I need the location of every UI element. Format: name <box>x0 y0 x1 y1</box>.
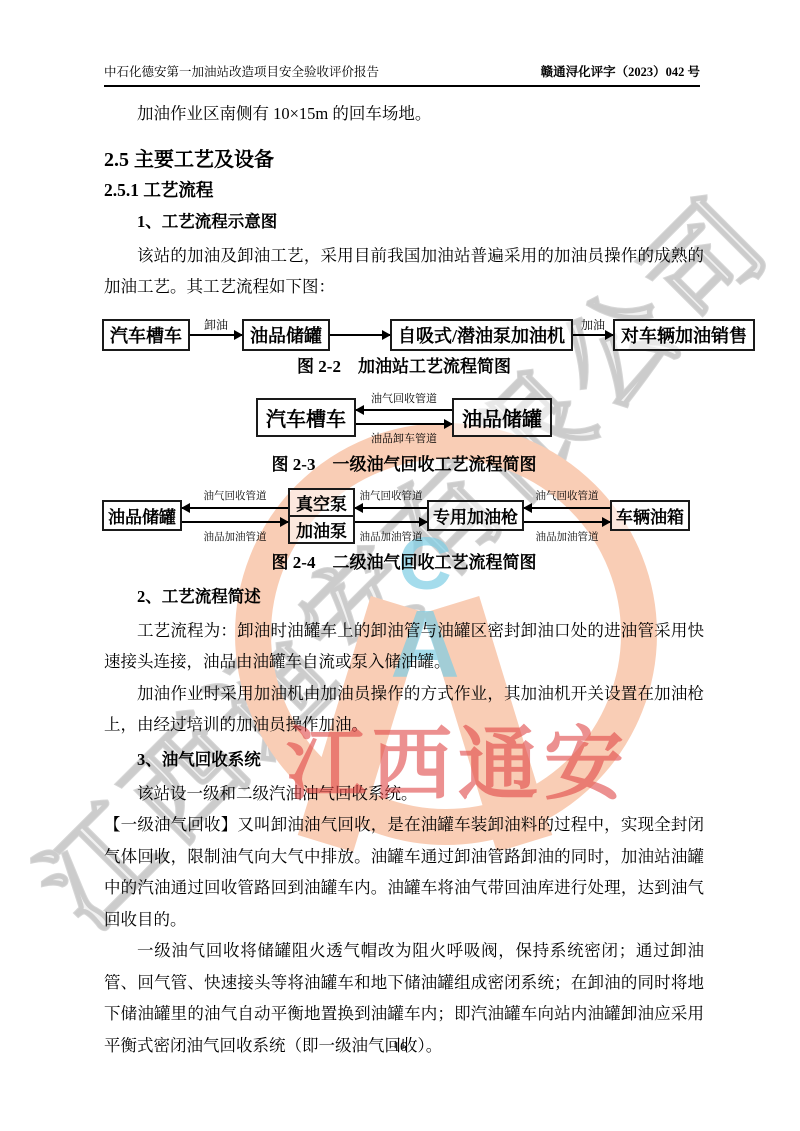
pipe-label-fueling: 油品加油管道 <box>204 529 267 544</box>
flow-box-oil-storage-tank: 油品储罐 <box>242 319 330 351</box>
flow-box-tank-truck: 汽车槽车 <box>102 319 190 351</box>
pipe-label-vapor-recovery: 油气回收管道 <box>371 390 437 406</box>
arrow-right-fuel <box>182 521 288 523</box>
paragraph-process-intro: 该站的加油及卸油工艺，采用目前我国加油站普遍采用的加油员操作的成熟的加油工艺。其… <box>104 240 704 303</box>
pipe-label-vapor-recovery: 油气回收管道 <box>536 488 599 503</box>
pipe-label-vapor-recovery: 油气回收管道 <box>360 488 423 503</box>
flow-box-pumps: 真空泵 加油泵 <box>288 488 355 544</box>
arrow-right-fuel <box>355 521 427 523</box>
flow-box-dispenser: 自吸式/潜油泵加油机 <box>390 319 573 351</box>
flow-box-fuel-nozzle: 专用加油枪 <box>427 500 524 531</box>
arrow-label-unload: 卸油 <box>204 316 228 333</box>
arrow-left-vapor <box>356 409 452 411</box>
page-header: 中石化德安第一加油站改造项目安全验收评价报告 赣通浔化评字（2023）042 号 <box>104 62 700 87</box>
paragraph-turnaround-area: 加油作业区南侧有 10×15m 的回车场地。 <box>104 98 704 130</box>
figure-2-4-flow-diagram: 油品储罐 油气回收管道 油品加油管道 真空泵 加油泵 油气回收管道 油品加油管道… <box>102 485 704 547</box>
arrow-left-vapor <box>355 507 427 509</box>
arrow-unload-oil: 卸油 <box>190 334 242 336</box>
pipe-connector-2: 油气回收管道 油品加油管道 <box>355 485 427 547</box>
paragraph-vapor-recovery-1: 该站设一级和二级汽油油气回收系统。 <box>104 778 704 810</box>
paragraph-flow-description-2: 加油作业时采用加油机由加油员操作的方式作业，其加油机开关设置在加油枪上，由经过培… <box>104 678 704 741</box>
arrow-label-refuel: 加油 <box>581 316 605 333</box>
flow-box-oil-storage-tank: 油品储罐 <box>452 398 552 437</box>
header-document-number: 赣通浔化评字（2023）042 号 <box>541 62 700 80</box>
page-number: 16 <box>0 1040 800 1056</box>
heading-item-2-flow-description: 2、工艺流程简述 <box>104 581 704 612</box>
pipe-label-fueling: 油品加油管道 <box>536 529 599 544</box>
figure-2-2-caption: 图 2-2 加油站工艺流程简图 <box>104 355 704 379</box>
flow-box-vacuum-pump: 真空泵 <box>290 490 353 517</box>
pipe-connector-1: 油气回收管道 油品加油管道 <box>182 485 288 547</box>
flow-box-tank-truck: 汽车槽车 <box>256 398 356 437</box>
arrow-right-fuel <box>524 521 610 523</box>
flow-box-vehicle-fuel-tank: 车辆油箱 <box>610 500 690 531</box>
figure-2-3-caption: 图 2-3 一级油气回收工艺流程简图 <box>104 453 704 477</box>
header-report-title: 中石化德安第一加油站改造项目安全验收评价报告 <box>104 62 379 80</box>
heading-2-5-1: 2.5.1 工艺流程 <box>104 177 704 202</box>
pipe-connector: 油气回收管道 油品卸车管道 <box>356 387 452 449</box>
arrow-right-unload <box>356 423 452 425</box>
document-page: 江西通安有限公司 C A 江西通安 中石化德安第一加油站改造项目安全验收评价报告… <box>0 0 800 1131</box>
paragraph-flow-description-1: 工艺流程为：卸油时油罐车上的卸油管与油罐区密封卸油口处的进油管采用快速接头连接，… <box>104 615 704 678</box>
figure-2-3-flow-diagram: 汽车槽车 油气回收管道 油品卸车管道 油品储罐 <box>104 387 704 449</box>
pipe-label-vapor-recovery: 油气回收管道 <box>204 488 267 503</box>
arrow-plain <box>330 334 390 336</box>
flow-box-oil-storage-tank: 油品储罐 <box>102 500 182 531</box>
paragraph-vapor-recovery-2: 【一级油气回收】又叫卸油油气回收，是在油罐车装卸油料的过程中，实现全封闭气体回收… <box>104 809 704 935</box>
page-content: 加油作业区南侧有 10×15m 的回车场地。 2.5 主要工艺及设备 2.5.1… <box>104 98 704 1061</box>
figure-2-2-flow-diagram: 汽车槽车 卸油 油品储罐 自吸式/潜油泵加油机 加油 对车辆加油销售 <box>102 319 704 351</box>
arrow-left-vapor <box>182 507 288 509</box>
heading-2-5: 2.5 主要工艺及设备 <box>104 143 704 172</box>
pipe-label-oil-unloading: 油品卸车管道 <box>371 430 437 446</box>
arrow-refuel: 加油 <box>573 334 613 336</box>
heading-item-3-vapor-recovery: 3、油气回收系统 <box>104 744 704 775</box>
flow-box-vehicle-sales: 对车辆加油销售 <box>613 319 755 351</box>
heading-item-1-flow-diagram: 1、工艺流程示意图 <box>104 206 704 237</box>
arrow-left-vapor <box>524 507 610 509</box>
pipe-connector-3: 油气回收管道 油品加油管道 <box>524 485 610 547</box>
figure-2-4-caption: 图 2-4 二级油气回收工艺流程简图 <box>104 551 704 575</box>
pipe-label-fueling: 油品加油管道 <box>360 529 423 544</box>
flow-box-fuel-pump: 加油泵 <box>290 517 353 542</box>
